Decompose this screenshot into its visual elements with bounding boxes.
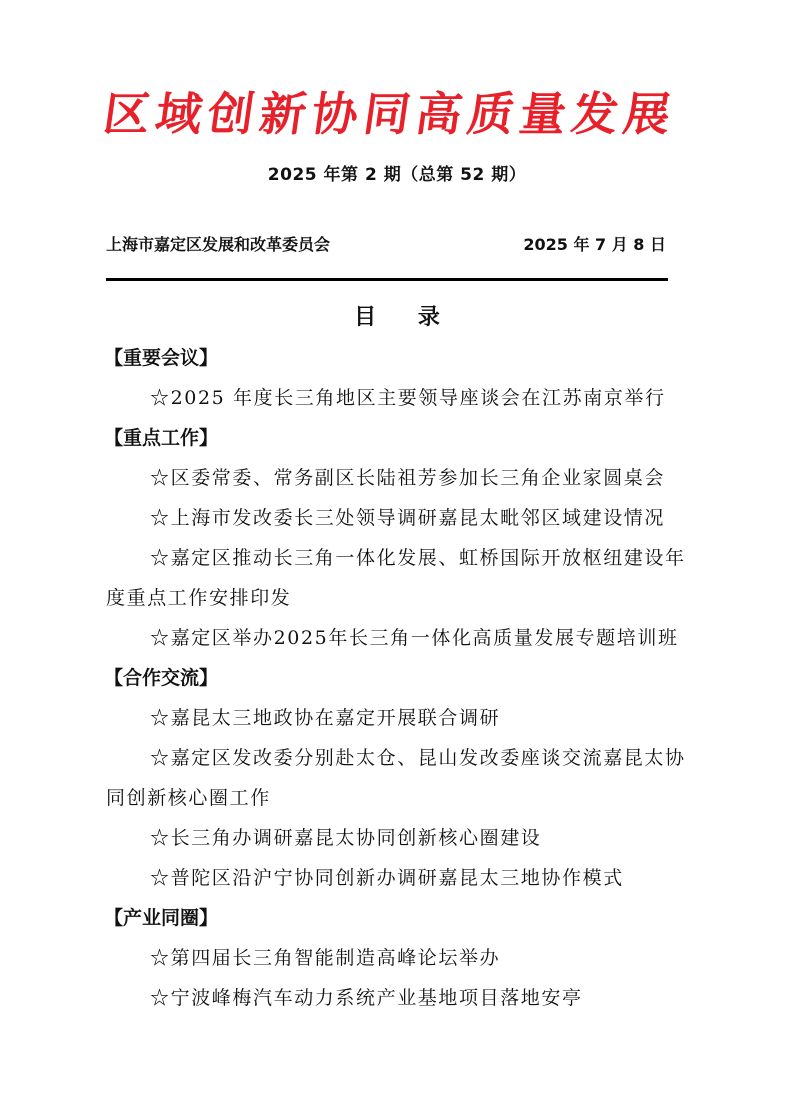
toc-title: 目 录 — [0, 300, 794, 331]
table-of-contents: 【重要会议】 ☆2025 年度长三角地区主要领导座谈会在江苏南京举行 【重点工作… — [106, 338, 692, 1018]
toc-item[interactable]: ☆第四届长三角智能制造高峰论坛举办 — [106, 938, 692, 978]
masthead-char: 域 — [153, 91, 205, 137]
masthead-char: 质 — [465, 91, 517, 137]
toc-item[interactable]: ☆2025 年度长三角地区主要领导座谈会在江苏南京举行 — [106, 378, 692, 418]
masthead-char: 展 — [621, 91, 673, 137]
masthead-char: 发 — [569, 91, 621, 137]
masthead-char: 新 — [257, 91, 309, 137]
publisher: 上海市嘉定区发展和改革委员会 — [106, 232, 330, 255]
toc-item[interactable]: ☆嘉定区推动长三角一体化发展、虹桥国际开放枢纽建设年度重点工作安排印发 — [106, 538, 692, 618]
header-divider — [106, 278, 668, 281]
masthead-char: 创 — [205, 91, 257, 137]
section-heading: 【产业同圈】 — [104, 898, 692, 938]
masthead-char: 区 — [101, 91, 153, 137]
masthead-char: 同 — [361, 91, 413, 137]
toc-item[interactable]: ☆嘉昆太三地政协在嘉定开展联合调研 — [106, 698, 692, 738]
masthead-char: 量 — [517, 91, 569, 137]
toc-title-char: 录 — [418, 300, 440, 331]
masthead-title: 区 域 创 新 协 同 高 质 量 发 展 — [104, 84, 670, 144]
toc-item[interactable]: ☆长三角办调研嘉昆太协同创新核心圈建设 — [106, 818, 692, 858]
section-heading: 【重点工作】 — [104, 418, 692, 458]
toc-item[interactable]: ☆嘉定区举办2025年长三角一体化高质量发展专题培训班 — [106, 618, 692, 658]
meta-row: 上海市嘉定区发展和改革委员会 2025 年 7 月 8 日 — [106, 232, 666, 255]
newsletter-page: 区 域 创 新 协 同 高 质 量 发 展 2025 年第 2 期（总第 52 … — [0, 0, 794, 1108]
toc-item[interactable]: ☆嘉定区发改委分别赴太仓、昆山发改委座谈交流嘉昆太协同创新核心圈工作 — [106, 738, 692, 818]
masthead-char: 高 — [413, 91, 465, 137]
issue-number: 2025 年第 2 期（总第 52 期） — [0, 160, 794, 185]
toc-title-char: 目 — [354, 300, 376, 331]
toc-item[interactable]: ☆普陀区沿沪宁协同创新办调研嘉昆太三地协作模式 — [106, 858, 692, 898]
toc-item[interactable]: ☆宁波峰梅汽车动力系统产业基地项目落地安亭 — [106, 978, 692, 1018]
toc-item[interactable]: ☆上海市发改委长三处领导调研嘉昆太毗邻区域建设情况 — [106, 498, 692, 538]
section-heading: 【合作交流】 — [104, 658, 692, 698]
masthead-char: 协 — [309, 91, 361, 137]
publish-date: 2025 年 7 月 8 日 — [523, 232, 666, 255]
toc-item[interactable]: ☆区委常委、常务副区长陆祖芳参加长三角企业家圆桌会 — [106, 458, 692, 498]
section-heading: 【重要会议】 — [104, 338, 692, 378]
